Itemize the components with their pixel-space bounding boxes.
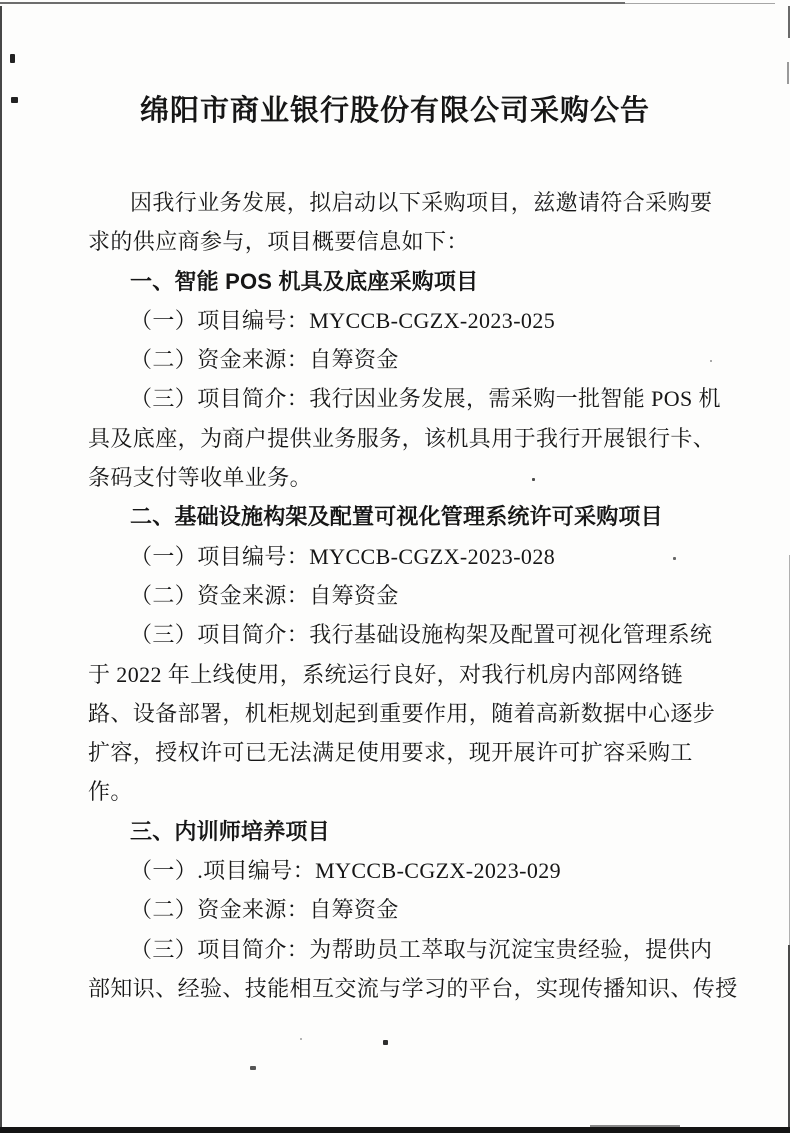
section-3-funding-source: （二）资金来源：自筹资金 <box>88 890 714 929</box>
intro-line-1: 因我行业务发展，拟启动以下采购项目，兹邀请符合采购要 <box>88 183 714 222</box>
section-1-funding-source: （二）资金来源：自筹资金 <box>88 340 714 379</box>
scan-speck <box>300 1038 302 1040</box>
scan-border-right-dash <box>787 62 789 84</box>
scan-speck <box>383 1040 388 1045</box>
section-2-intro-line-1: （三）项目简介：我行基础设施构架及配置可视化管理系统 <box>88 615 714 654</box>
scan-border-bottom <box>0 1127 790 1133</box>
intro-line-2: 求的供应商参与，项目概要信息如下： <box>88 222 714 261</box>
scan-speck <box>10 54 15 63</box>
section-2-heading: 二、基础设施构架及配置可视化管理系统许可采购项目 <box>88 497 714 536</box>
section-3-heading: 三、内训师培养项目 <box>88 812 714 851</box>
section-2-funding-source: （二）资金来源：自筹资金 <box>88 576 714 615</box>
scan-border-bottom-dash <box>590 1125 680 1127</box>
section-1-intro-line-2: 具及底座，为商户提供业务服务，该机具用于我行开展银行卡、 <box>88 419 714 458</box>
section-1-heading: 一、智能 POS 机具及底座采购项目 <box>88 262 714 301</box>
section-3-intro-line-2: 部知识、经验、技能相互交流与学习的平台，实现传播知识、传授 <box>88 969 714 1008</box>
section-2-project-number: （一）项目编号：MYCCB-CGZX-2023-028 <box>88 537 714 576</box>
scan-speck <box>250 1066 256 1070</box>
section-1-intro-line-1: （三）项目简介：我行因业务发展，需采购一批智能 POS 机 <box>88 379 714 418</box>
section-3-intro-line-1: （三）项目简介：为帮助员工萃取与沉淀宝贵经验，提供内 <box>88 930 714 969</box>
section-2-intro-line-4: 扩容，授权许可已无法满足使用要求，现开展许可扩容采购工 <box>88 733 714 772</box>
document-body: 因我行业务发展，拟启动以下采购项目，兹邀请符合采购要 求的供应商参与，项目概要信… <box>88 183 714 1008</box>
document-title: 绵阳市商业银行股份有限公司采购公告 <box>0 88 790 134</box>
section-1-intro-line-3: 条码支付等收单业务。 <box>88 458 714 497</box>
scan-border-top-faint <box>625 3 775 4</box>
scan-border-left <box>0 6 2 1133</box>
section-2-intro-line-2: 于 2022 年上线使用，系统运行良好，对我行机房内部网络链 <box>88 655 714 694</box>
section-3-project-number: （一）.项目编号：MYCCB-CGZX-2023-029 <box>88 851 714 890</box>
scan-border-top <box>0 2 625 4</box>
scanned-document-page: 绵阳市商业银行股份有限公司采购公告 因我行业务发展，拟启动以下采购项目，兹邀请符… <box>0 0 790 1133</box>
section-1-project-number: （一）项目编号：MYCCB-CGZX-2023-025 <box>88 301 714 340</box>
section-2-intro-line-5: 作。 <box>88 772 714 811</box>
section-2-intro-line-3: 路、设备部署，机柜规划起到重要作用，随着高新数据中心逐步 <box>88 694 714 733</box>
